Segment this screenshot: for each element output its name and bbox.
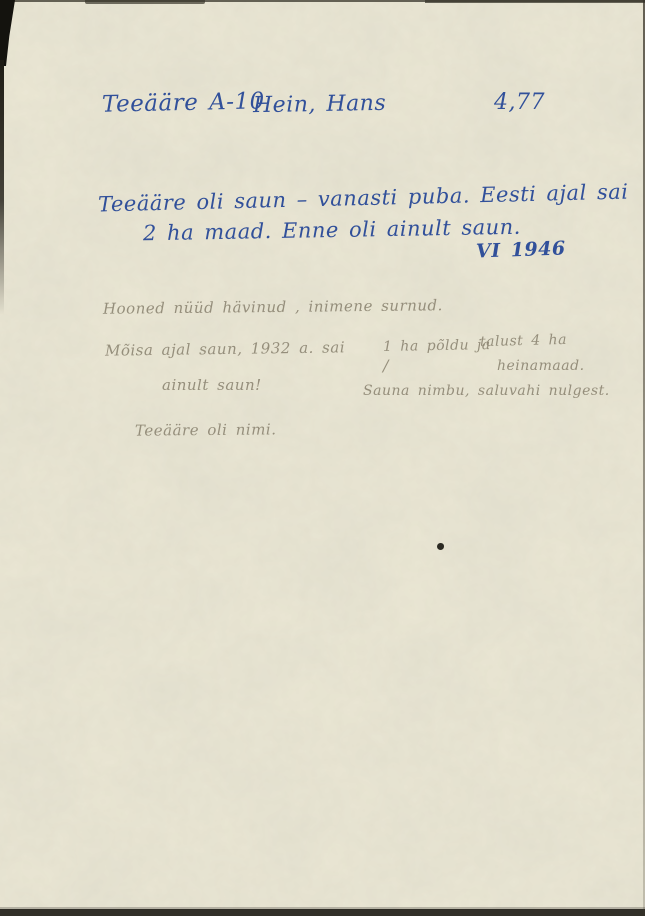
person-name: Hein, Hans — [253, 91, 387, 118]
farm-name: Teeääre A-10 — [102, 88, 265, 117]
scan-edge-bottom — [0, 909, 645, 916]
scan-edge-top — [0, 0, 645, 2]
scan-edge-left-line — [0, 60, 4, 315]
scan-edge-top-mark-2 — [425, 0, 645, 3]
pencil-note-line-3-right: heinamaad. — [497, 358, 585, 374]
pencil-slash-mark: / — [383, 356, 389, 375]
ink-note-line-1: Teeääre oli saun – vanasti puba. Eesti a… — [98, 180, 629, 217]
paper-texture — [0, 0, 645, 916]
ink-dot — [437, 543, 444, 550]
ink-note-date: VI 1946 — [476, 237, 566, 262]
scan-edge-left-blob — [0, 0, 15, 66]
ink-note-line-2: 2 ha maad. Enne oli ainult saun. — [143, 215, 521, 246]
scanned-archive-page: Teeääre A-10 Hein, Hans 4,77 Teeääre oli… — [0, 0, 645, 916]
scan-edge-top-mark — [85, 0, 205, 4]
scan-edge-bottom-fuzz — [0, 907, 645, 910]
pencil-note-line-4: Sauna nimbu, saluvahi nulgest. — [363, 383, 610, 399]
record-number: 4,77 — [494, 90, 545, 115]
pencil-note-line-2-left: Mõisa ajal saun, 1932 a. sai — [105, 338, 345, 359]
pencil-note-line-1: Hooned nüüd hävinud , inimene surnud. — [103, 296, 443, 318]
pencil-note-line-2-mid: 1 ha põldu ja — [383, 337, 491, 355]
pencil-note-line-3-left: ainult saun! — [162, 376, 262, 394]
pencil-note-line-5: Teeääre oli nimi. — [135, 420, 277, 439]
pencil-note-line-2-right: talust 4 ha — [480, 332, 567, 350]
